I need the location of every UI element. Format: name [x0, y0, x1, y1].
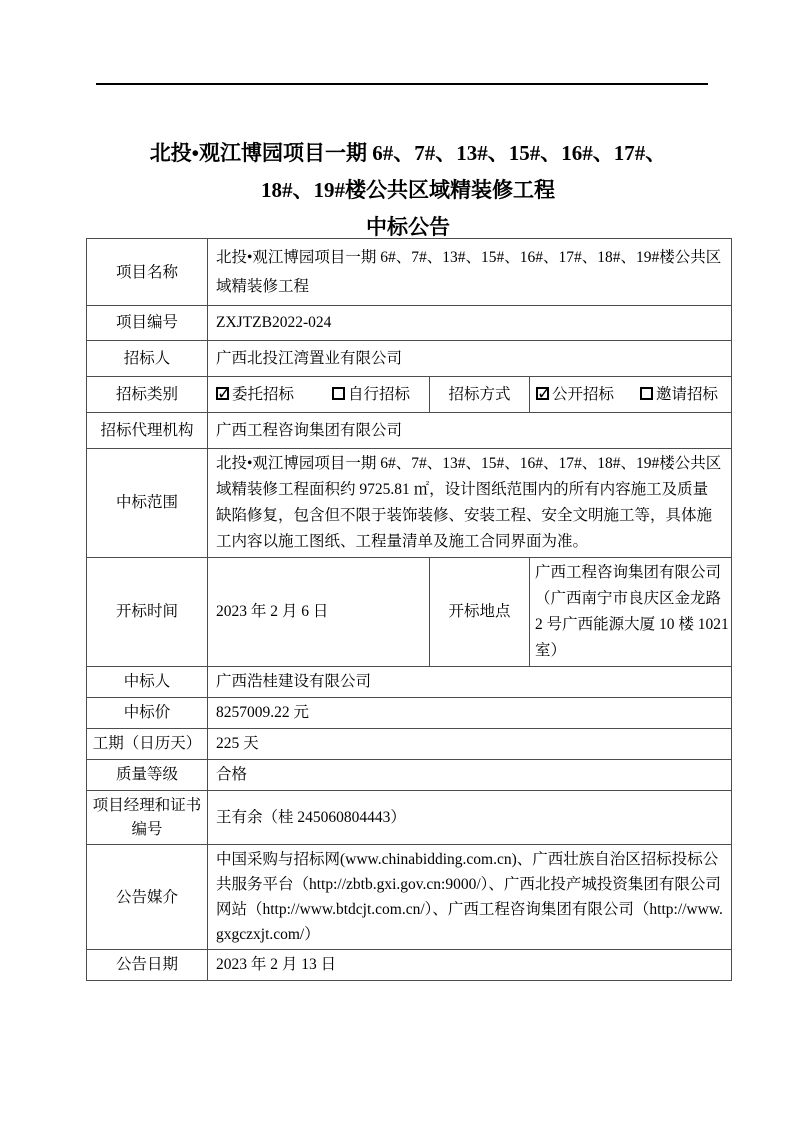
quality-grade-value: 合格	[208, 760, 732, 791]
winner-value: 广西浩桂建设有限公司	[208, 667, 732, 698]
document-title-line-1: 北投•观江博园项目一期 6#、7#、13#、15#、16#、17#、	[78, 135, 738, 172]
winner-label: 中标人	[87, 667, 208, 698]
winning-price-label: 中标价	[87, 698, 208, 729]
tender-method-label: 招标方式	[430, 377, 530, 413]
project-manager-label: 项目经理和证书编号	[87, 791, 208, 845]
announcement-date-label: 公告日期	[87, 950, 208, 981]
tender-method-option-public: 公开招标	[536, 386, 614, 403]
tender-category-option-self: 自行招标	[332, 386, 410, 403]
tender-category-option-entrusted: 委托招标	[216, 386, 294, 403]
announcement-media-label: 公告媒介	[87, 845, 208, 950]
table-row: 招标人 广西北投江湾置业有限公司	[87, 341, 732, 377]
table-row: 质量等级 合格	[87, 760, 732, 791]
project-name-label: 项目名称	[87, 239, 208, 306]
document-title-line-2: 18#、19#楼公共区域精装修工程	[78, 172, 738, 209]
table-row: 项目名称 北投•观江博园项目一期 6#、7#、13#、15#、16#、17#、1…	[87, 239, 732, 306]
tenderer-label: 招标人	[87, 341, 208, 377]
bid-opening-place-value: 广西工程咨询集团有限公司（广西南宁市良庆区金龙路 2 号广西能源大厦 10 楼 …	[530, 558, 732, 667]
announcement-media-value: 中国采购与招标网(www.chinabidding.com.cn)、广西壮族自治…	[208, 845, 732, 950]
announcement-table: 项目名称 北投•观江博园项目一期 6#、7#、13#、15#、16#、17#、1…	[86, 238, 732, 981]
table-row: 公告日期 2023 年 2 月 13 日	[87, 950, 732, 981]
document-page: 北投•观江博园项目一期 6#、7#、13#、15#、16#、17#、 18#、1…	[0, 0, 800, 1131]
checkbox-icon	[216, 387, 229, 400]
table-row: 中标价 8257009.22 元	[87, 698, 732, 729]
project-number-value: ZXJTZB2022-024	[208, 306, 732, 341]
award-scope-label: 中标范围	[87, 449, 208, 558]
award-scope-value: 北投•观江博园项目一期 6#、7#、13#、15#、16#、17#、18#、19…	[208, 449, 732, 558]
project-name-value: 北投•观江博园项目一期 6#、7#、13#、15#、16#、17#、18#、19…	[208, 239, 732, 306]
table-row: 项目编号 ZXJTZB2022-024	[87, 306, 732, 341]
table-row: 开标时间 2023 年 2 月 6 日 开标地点 广西工程咨询集团有限公司（广西…	[87, 558, 732, 667]
checkbox-icon	[332, 387, 345, 400]
table-row: 招标类别 委托招标自行招标 招标方式 公开招标邀请招标	[87, 377, 732, 413]
project-manager-value: 王有余（桂 245060804443）	[208, 791, 732, 845]
checkbox-icon	[640, 387, 653, 400]
announcement-date-value: 2023 年 2 月 13 日	[208, 950, 732, 981]
checkbox-icon	[536, 387, 549, 400]
tenderer-value: 广西北投江湾置业有限公司	[208, 341, 732, 377]
project-number-label: 项目编号	[87, 306, 208, 341]
table-row: 中标范围 北投•观江博园项目一期 6#、7#、13#、15#、16#、17#、1…	[87, 449, 732, 558]
bid-opening-time-label: 开标时间	[87, 558, 208, 667]
bid-opening-time-value: 2023 年 2 月 6 日	[208, 558, 430, 667]
header-rule	[96, 83, 708, 85]
table-row: 公告媒介 中国采购与招标网(www.chinabidding.com.cn)、广…	[87, 845, 732, 950]
table-row: 招标代理机构 广西工程咨询集团有限公司	[87, 413, 732, 449]
document-title-block: 北投•观江博园项目一期 6#、7#、13#、15#、16#、17#、 18#、1…	[78, 135, 738, 246]
table-row: 中标人 广西浩桂建设有限公司	[87, 667, 732, 698]
tender-method-option-invited: 邀请招标	[640, 386, 718, 403]
winning-price-value: 8257009.22 元	[208, 698, 732, 729]
tender-category-options: 委托招标自行招标	[208, 377, 430, 413]
agency-label: 招标代理机构	[87, 413, 208, 449]
duration-value: 225 天	[208, 729, 732, 760]
tender-category-label: 招标类别	[87, 377, 208, 413]
bid-opening-place-label: 开标地点	[430, 558, 530, 667]
duration-label: 工期（日历天）	[87, 729, 208, 760]
table-row: 工期（日历天） 225 天	[87, 729, 732, 760]
agency-value: 广西工程咨询集团有限公司	[208, 413, 732, 449]
tender-method-options: 公开招标邀请招标	[530, 377, 732, 413]
table-row: 项目经理和证书编号 王有余（桂 245060804443）	[87, 791, 732, 845]
quality-grade-label: 质量等级	[87, 760, 208, 791]
